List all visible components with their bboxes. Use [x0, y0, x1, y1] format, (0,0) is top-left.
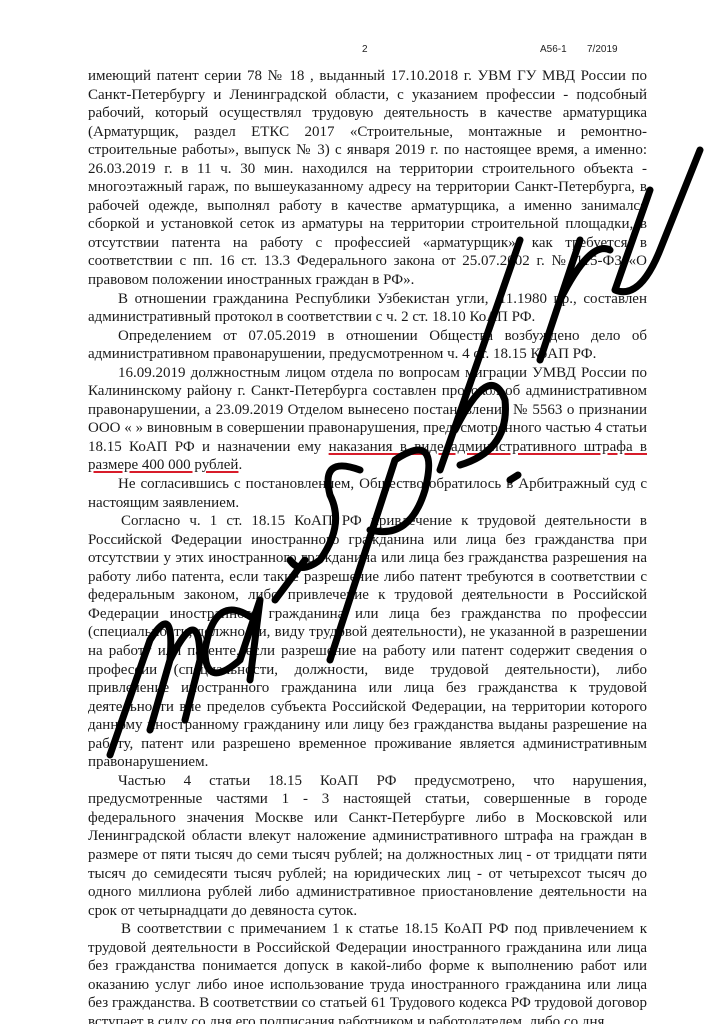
paragraph-resolution: 16.09.2019 должностным лицом отдела по в…	[88, 364, 647, 475]
paragraph-article-part1: Согласно ч. 1 ст. 18.15 КоАП РФ привлече…	[88, 512, 647, 772]
paragraph-citizen: В отношении гражданина Республики Узбеки…	[88, 290, 647, 327]
paragraph-note1: В соответствии с примечанием 1 к статье …	[88, 920, 647, 1024]
paragraph-article-part4: Частью 4 статьи 18.15 КоАП РФ предусмотр…	[88, 772, 647, 920]
resolution-end: .	[238, 457, 242, 473]
case-number: А56-1	[540, 44, 567, 55]
paragraph-patent: имеющий патент серии 78 № 18 , выданный …	[88, 67, 647, 290]
watermark-text: ma-spb.ru	[0, 0, 64, 4]
document-body: имеющий патент серии 78 № 18 , выданный …	[88, 67, 647, 1024]
paragraph-determination: Определением от 07.05.2019 в отношении О…	[88, 327, 647, 364]
case-year: 7/2019	[587, 44, 618, 55]
document-page: 2 А56-1 7/2019 имеющий патент серии 78 №…	[0, 0, 724, 1024]
paragraph-appeal: Не согласившись с постановлением, Общест…	[88, 475, 647, 512]
page-number: 2	[362, 44, 368, 55]
